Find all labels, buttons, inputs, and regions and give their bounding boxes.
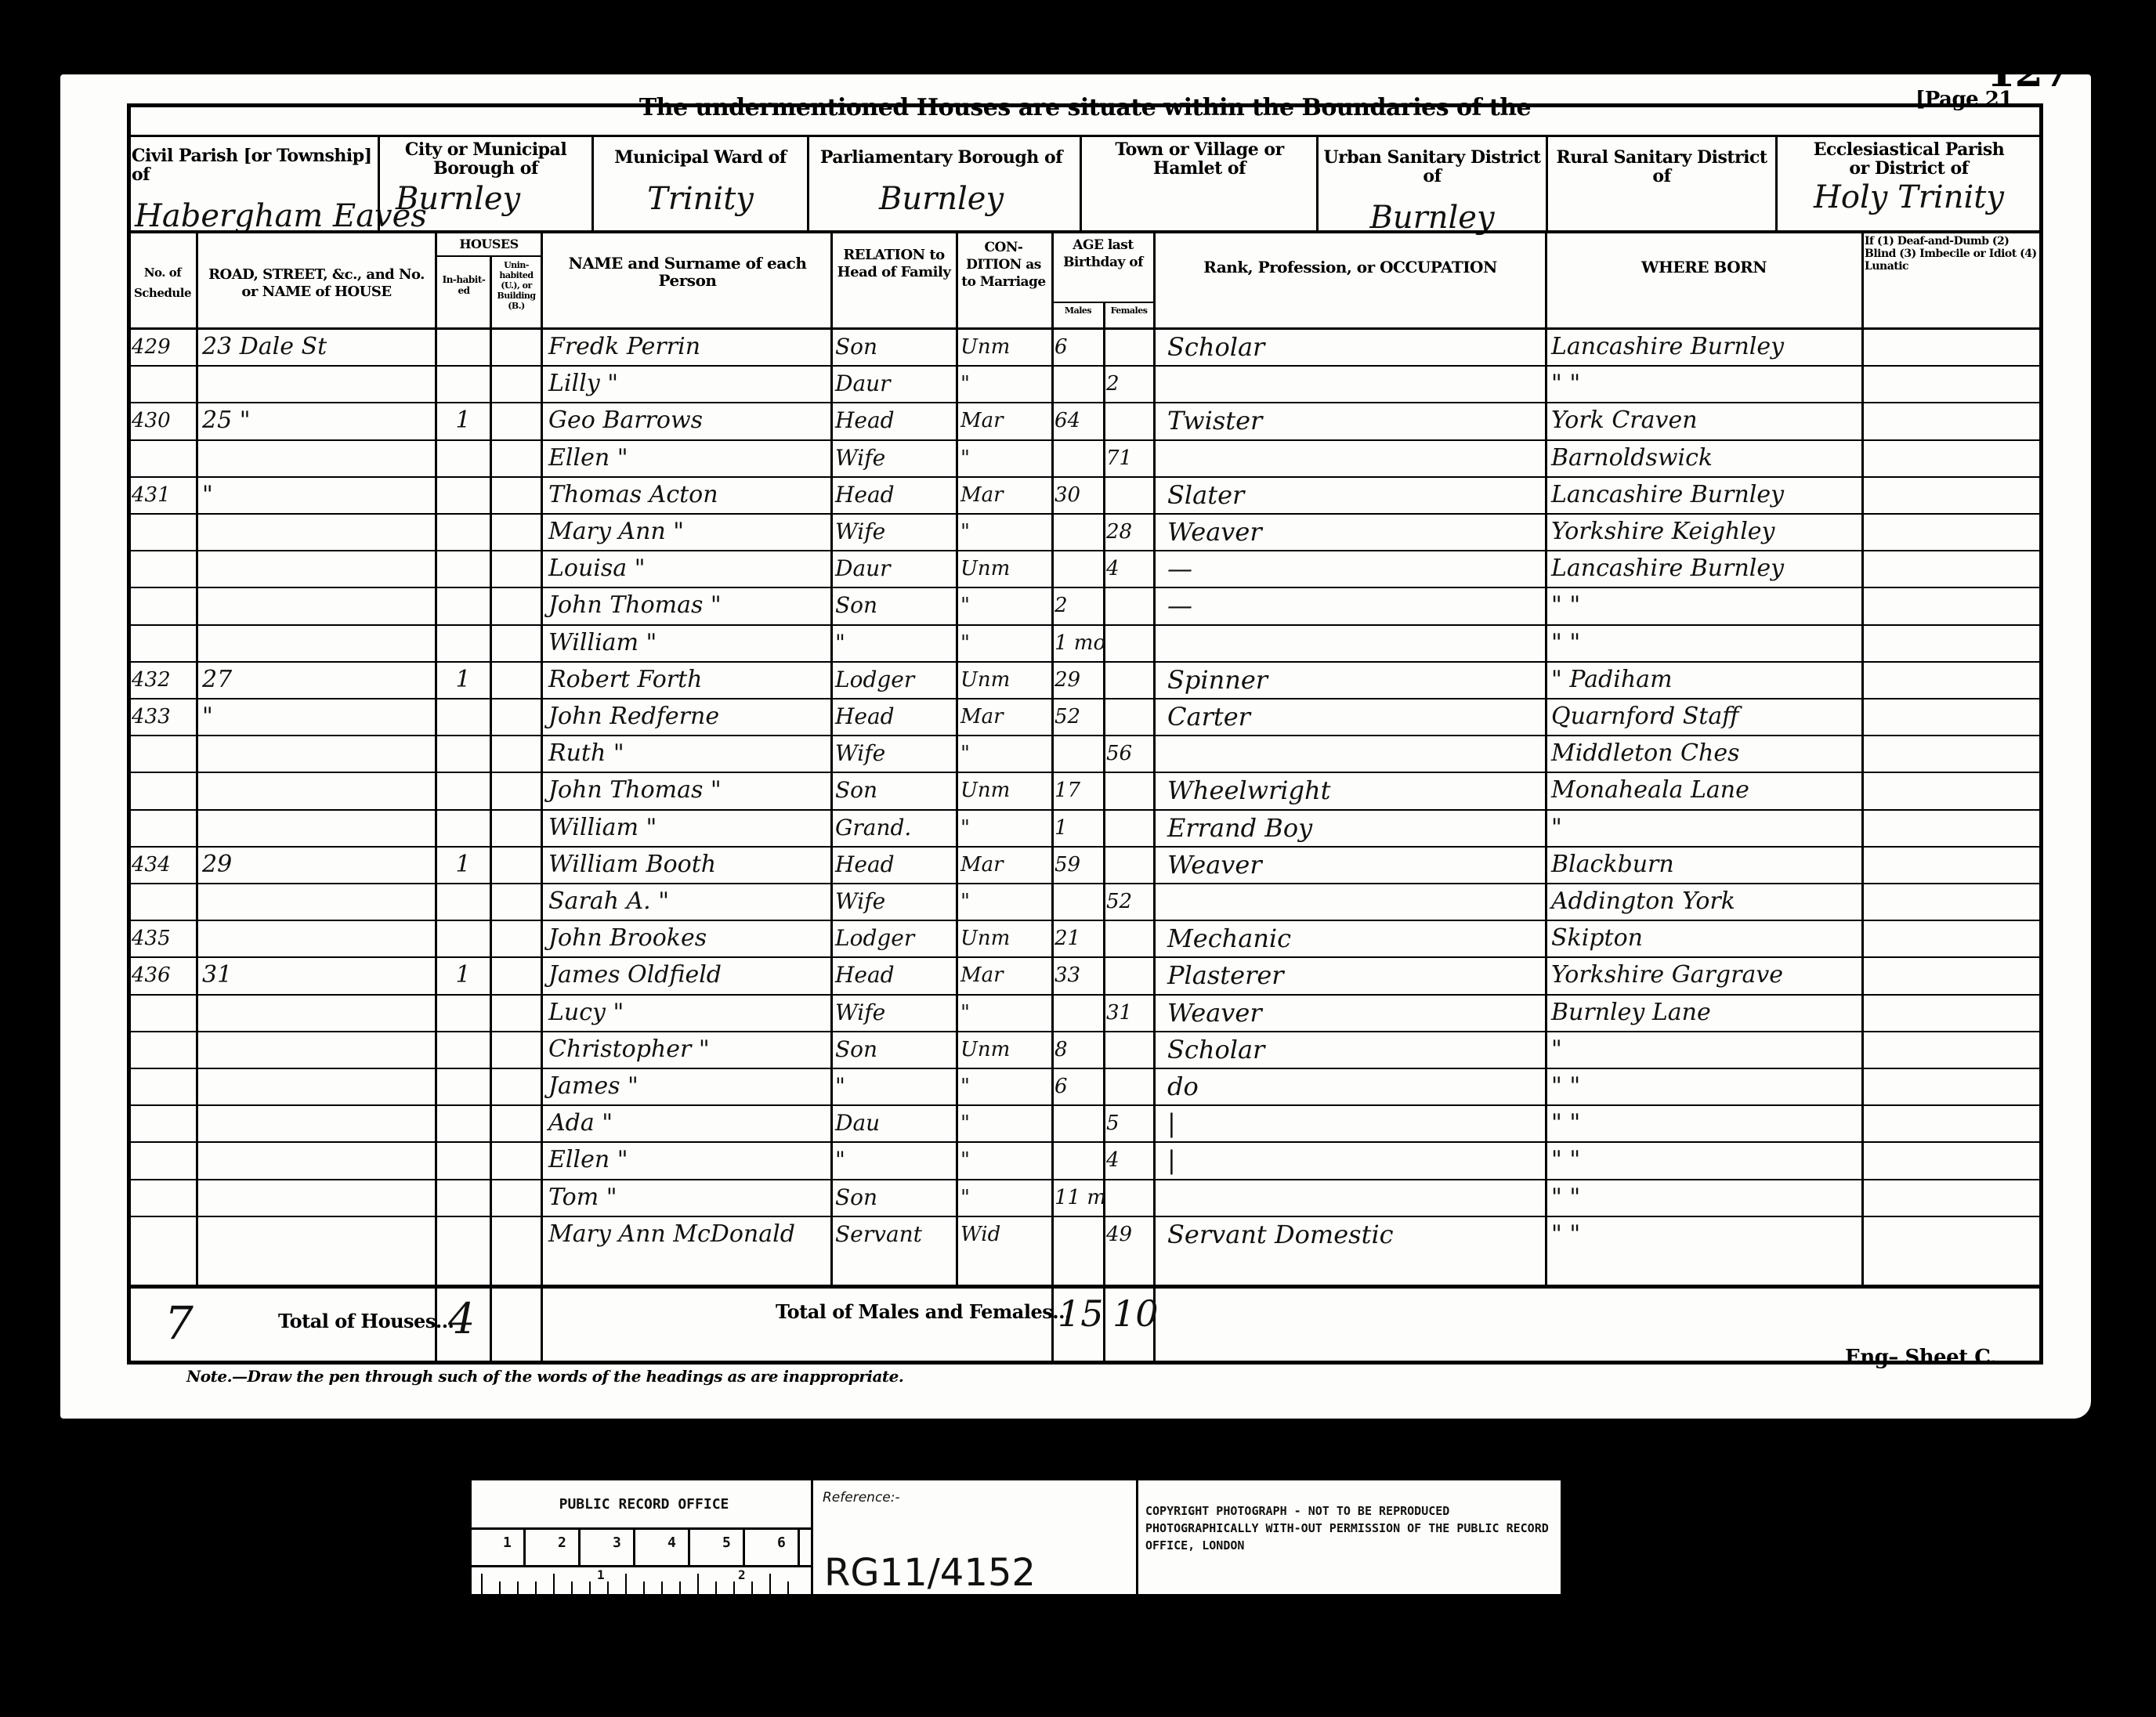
col-houses: HOUSES — [437, 237, 541, 251]
cell-male-age — [1054, 1105, 1102, 1141]
cell-male-age: 59 — [1054, 847, 1102, 883]
cell-occupation: Errand Boy — [1167, 810, 1543, 846]
cell-road — [202, 1216, 433, 1253]
col-females: Females — [1105, 305, 1153, 316]
cell-occupation: Spinner — [1167, 662, 1543, 698]
scale-mark: 1 — [597, 1567, 605, 1582]
cell-relation: Daur — [835, 551, 954, 587]
cell-relation: Lodger — [835, 920, 954, 956]
col-occupation: Rank, Profession, or OCCUPATION — [1156, 258, 1545, 276]
cell-where-born: " " — [1551, 1216, 1861, 1253]
scale-mark: 1 — [503, 1534, 512, 1551]
cell-male-age — [1054, 884, 1102, 920]
cell-where-born: " " — [1551, 366, 1861, 402]
cell-name: Ellen " — [548, 440, 829, 476]
cell-where-born: Yorkshire Gargrave — [1551, 957, 1861, 993]
cell-schedule — [132, 1105, 194, 1141]
cell-male-age — [1054, 440, 1102, 476]
cell-occupation: Weaver — [1167, 847, 1543, 883]
cell-road — [202, 587, 433, 624]
cell-road — [202, 995, 433, 1031]
cell-where-born: " " — [1551, 1068, 1861, 1104]
boundary-urban-sanitary: Urban Sanitary District of Burnley — [1319, 137, 1546, 231]
boundary-rural-sanitary: Rural Sanitary District of — [1548, 137, 1775, 231]
cell-name: William Booth — [548, 847, 829, 883]
cell-road — [202, 551, 433, 587]
cell-where-born: Skipton — [1551, 920, 1861, 956]
cell-condition: Wid — [960, 1216, 1050, 1253]
cell-schedule: 436 — [132, 957, 194, 993]
cell-schedule — [132, 995, 194, 1031]
cell-schedule — [132, 440, 194, 476]
cell-name: Lucy " — [548, 995, 829, 1031]
cell-condition: " — [960, 1142, 1050, 1178]
col-uninhabited: Unin-habited (U.), or Building (B.) — [492, 260, 541, 311]
cell-occupation: — — [1167, 551, 1543, 587]
cell-female-age — [1106, 1180, 1152, 1216]
col-name: NAME and Surname of each Person — [548, 255, 827, 289]
cell-female-age: 2 — [1106, 366, 1152, 402]
cell-occupation: Weaver — [1167, 514, 1543, 550]
cell-where-born: York Craven — [1551, 403, 1861, 439]
cell-schedule — [132, 1032, 194, 1068]
cell-road — [202, 1142, 433, 1178]
cell-schedule: 430 — [132, 403, 194, 439]
cell-male-age: 6 — [1054, 1068, 1102, 1104]
cell-road: " — [202, 477, 433, 513]
cell-relation: Son — [835, 587, 954, 624]
cell-occupation: | — [1167, 1105, 1543, 1141]
boundary-civil-parish: Civil Parish [or Township] of Habergham … — [127, 137, 378, 231]
cell-road — [202, 884, 433, 920]
cell-condition: Mar — [960, 699, 1050, 735]
cell-relation: Son — [835, 1180, 954, 1216]
cell-inhabited — [439, 995, 487, 1031]
cell-where-born: " — [1551, 1032, 1861, 1068]
cell-inhabited — [439, 1142, 487, 1178]
cell-condition: Mar — [960, 403, 1050, 439]
cell-where-born: " " — [1551, 587, 1861, 624]
cell-female-age: 31 — [1106, 995, 1152, 1031]
cell-male-age: 17 — [1054, 772, 1102, 808]
cell-occupation — [1167, 1180, 1543, 1216]
cell-inhabited: 1 — [439, 403, 487, 439]
cell-road: 23 Dale St — [202, 329, 433, 365]
col-inhabited: In-habit-ed — [437, 274, 490, 296]
cell-inhabited — [439, 366, 487, 402]
cell-where-born: Lancashire Burnley — [1551, 551, 1861, 587]
cell-name: Ada " — [548, 1105, 829, 1141]
cell-condition: " — [960, 625, 1050, 661]
cell-schedule — [132, 625, 194, 661]
cell-road — [202, 736, 433, 772]
cell-condition: Unm — [960, 772, 1050, 808]
cell-condition: " — [960, 884, 1050, 920]
cell-relation: Son — [835, 329, 954, 365]
cell-schedule: 434 — [132, 847, 194, 883]
cell-inhabited — [439, 1216, 487, 1253]
cell-name: William " — [548, 810, 829, 846]
cell-road: 31 — [202, 957, 433, 993]
cell-where-born: " Padiham — [1551, 662, 1861, 698]
cell-inhabited — [439, 625, 487, 661]
cell-relation: " — [835, 625, 954, 661]
cell-name: John Thomas " — [548, 772, 829, 808]
cell-name: Sarah A. " — [548, 884, 829, 920]
cell-where-born: " " — [1551, 1180, 1861, 1216]
cell-male-age: 33 — [1054, 957, 1102, 993]
cell-female-age: 5 — [1106, 1105, 1152, 1141]
cell-male-age — [1054, 551, 1102, 587]
cell-relation: Head — [835, 847, 954, 883]
cell-male-age: 1 — [1054, 810, 1102, 846]
cell-male-age: 6 — [1054, 329, 1102, 365]
cell-occupation: Weaver — [1167, 995, 1543, 1031]
col-where-born: WHERE BORN — [1547, 258, 1861, 276]
cell-condition: Mar — [960, 847, 1050, 883]
cell-road — [202, 920, 433, 956]
cell-schedule — [132, 736, 194, 772]
cell-condition: " — [960, 736, 1050, 772]
cell-relation: Head — [835, 477, 954, 513]
cell-female-age — [1106, 920, 1152, 956]
cell-female-age — [1106, 847, 1152, 883]
cell-inhabited — [439, 699, 487, 735]
cell-name: Tom " — [548, 1180, 829, 1216]
cell-inhabited — [439, 551, 487, 587]
cell-female-age — [1106, 957, 1152, 993]
cell-name: Mary Ann McDonald — [548, 1216, 829, 1253]
cell-road — [202, 440, 433, 476]
cell-where-born: " " — [1551, 625, 1861, 661]
cell-relation: Wife — [835, 995, 954, 1031]
cell-schedule: 431 — [132, 477, 194, 513]
footnote: Note.—Draw the pen through such of the w… — [186, 1367, 903, 1386]
cell-relation: Wife — [835, 514, 954, 550]
cell-relation: Head — [835, 403, 954, 439]
cell-inhabited: 1 — [439, 662, 487, 698]
cell-inhabited — [439, 477, 487, 513]
cell-inhabited — [439, 1180, 487, 1216]
cell-name: Ellen " — [548, 1142, 829, 1178]
cell-schedule — [132, 587, 194, 624]
cell-name: James Oldfield — [548, 957, 829, 993]
cell-name: John Redferne — [548, 699, 829, 735]
cell-condition: " — [960, 1105, 1050, 1141]
cell-condition: Unm — [960, 1032, 1050, 1068]
cell-female-age: 71 — [1106, 440, 1152, 476]
cell-male-age — [1054, 514, 1102, 550]
scale-mark: 3 — [613, 1534, 621, 1551]
cell-road — [202, 810, 433, 846]
scale-mark: 4 — [667, 1534, 676, 1551]
cell-inhabited: 1 — [439, 847, 487, 883]
pro-scale-inch: 12 — [472, 1567, 811, 1597]
cell-female-age — [1106, 477, 1152, 513]
cell-inhabited — [439, 1032, 487, 1068]
cell-occupation: Twister — [1167, 403, 1543, 439]
cell-condition: " — [960, 995, 1050, 1031]
cell-schedule — [132, 1068, 194, 1104]
cell-inhabited — [439, 514, 487, 550]
cell-road — [202, 1180, 433, 1216]
cell-relation: Wife — [835, 440, 954, 476]
cell-name: Robert Forth — [548, 662, 829, 698]
cell-condition: " — [960, 1180, 1050, 1216]
pro-label: PUBLIC RECORD OFFICE 123456 12 Reference… — [468, 1477, 1565, 1598]
cell-road — [202, 514, 433, 550]
total-males: 15 — [1058, 1292, 1104, 1335]
boundary-parliamentary-borough: Parliamentary Borough of Burnley — [809, 137, 1073, 231]
cell-schedule — [132, 884, 194, 920]
cell-name: John Brookes — [548, 920, 829, 956]
cell-relation: Dau — [835, 1105, 954, 1141]
cell-condition: " — [960, 366, 1050, 402]
cell-relation: Head — [835, 699, 954, 735]
cell-name: Ruth " — [548, 736, 829, 772]
col-relation: RELATION to Head of Family — [832, 247, 956, 281]
total-schedules: 7 — [165, 1296, 194, 1350]
cell-female-age — [1106, 403, 1152, 439]
cell-occupation — [1167, 366, 1543, 402]
cell-occupation: do — [1167, 1068, 1543, 1104]
sheet-label: Eng– Sheet C. — [1845, 1346, 1997, 1369]
col-infirmity: If (1) Deaf-and-Dumb (2) Blind (3) Imbec… — [1865, 235, 2038, 273]
cell-inhabited — [439, 920, 487, 956]
pro-office: PUBLIC RECORD OFFICE — [479, 1496, 808, 1513]
form-title: The undermentioned Houses are situate wi… — [127, 94, 2043, 121]
cell-road: 27 — [202, 662, 433, 698]
cell-occupation: — — [1167, 587, 1543, 624]
cell-road — [202, 366, 433, 402]
cell-condition: Mar — [960, 477, 1050, 513]
cell-inhabited — [439, 587, 487, 624]
cell-schedule: 429 — [132, 329, 194, 365]
cell-inhabited — [439, 329, 487, 365]
cell-road — [202, 625, 433, 661]
cell-condition: Mar — [960, 957, 1050, 993]
cell-female-age — [1106, 810, 1152, 846]
col-schedule: No. of Schedule — [129, 262, 196, 303]
cell-name: Thomas Acton — [548, 477, 829, 513]
cell-where-born: " " — [1551, 1142, 1861, 1178]
cell-inhabited — [439, 1105, 487, 1141]
cell-occupation: Scholar — [1167, 1032, 1543, 1068]
cell-male-age: 29 — [1054, 662, 1102, 698]
col-age: AGE last Birthday of — [1053, 237, 1153, 271]
cell-schedule — [132, 1180, 194, 1216]
cell-name: James " — [548, 1068, 829, 1104]
cell-name: Mary Ann " — [548, 514, 829, 550]
col-road: ROAD, STREET, &c., and No. or NAME of HO… — [198, 266, 435, 301]
cell-condition: " — [960, 1068, 1050, 1104]
cell-male-age: 1 mo — [1054, 625, 1102, 661]
cell-road — [202, 1032, 433, 1068]
cell-relation: Son — [835, 772, 954, 808]
cell-male-age — [1054, 1216, 1102, 1253]
cell-schedule — [132, 1142, 194, 1178]
cell-schedule: 433 — [132, 699, 194, 735]
scale-mark: 6 — [777, 1534, 786, 1551]
cell-schedule — [132, 772, 194, 808]
cell-where-born: Blackburn — [1551, 847, 1861, 883]
scale-mark: 5 — [722, 1534, 731, 1551]
cell-female-age — [1106, 625, 1152, 661]
cell-occupation: Slater — [1167, 477, 1543, 513]
cell-name: Christopher " — [548, 1032, 829, 1068]
cell-condition: " — [960, 440, 1050, 476]
cell-condition: " — [960, 587, 1050, 624]
cell-condition: Unm — [960, 329, 1050, 365]
cell-female-age — [1106, 699, 1152, 735]
total-houses: 4 — [448, 1294, 475, 1343]
cell-female-age — [1106, 587, 1152, 624]
cell-relation: Son — [835, 1032, 954, 1068]
cell-road: " — [202, 699, 433, 735]
pro-reference: RG11/4152 — [824, 1551, 1036, 1595]
cell-name: John Thomas " — [548, 587, 829, 624]
cell-female-age: 56 — [1106, 736, 1152, 772]
cell-road — [202, 1105, 433, 1141]
cell-name: Geo Barrows — [548, 403, 829, 439]
cell-road — [202, 1068, 433, 1104]
cell-male-age — [1054, 1142, 1102, 1178]
cell-road — [202, 772, 433, 808]
cell-schedule — [132, 810, 194, 846]
cell-occupation — [1167, 440, 1543, 476]
cell-male-age: 8 — [1054, 1032, 1102, 1068]
cell-condition: Unm — [960, 662, 1050, 698]
cell-where-born: Barnoldswick — [1551, 440, 1861, 476]
cell-occupation: Scholar — [1167, 329, 1543, 365]
boundary-ecclesiastical-parish: Ecclesiastical Parish or District of Hol… — [1778, 137, 2040, 231]
cell-occupation: | — [1167, 1142, 1543, 1178]
pro-reference-label: Reference:- — [823, 1490, 900, 1506]
cell-where-born: Yorkshire Keighley — [1551, 514, 1861, 550]
cell-occupation — [1167, 625, 1543, 661]
cell-schedule — [132, 514, 194, 550]
cell-female-age: 4 — [1106, 1142, 1152, 1178]
cell-female-age: 52 — [1106, 884, 1152, 920]
total-persons-label: Total of Males and Females... — [776, 1300, 1071, 1323]
boundary-municipal-borough: City or Municipal Borough of Burnley — [380, 137, 591, 231]
cell-inhabited: 1 — [439, 957, 487, 993]
cell-relation: " — [835, 1142, 954, 1178]
cell-female-age: 49 — [1106, 1216, 1152, 1253]
cell-male-age: 52 — [1054, 699, 1102, 735]
cell-occupation: Carter — [1167, 699, 1543, 735]
cell-inhabited — [439, 884, 487, 920]
cell-where-born: " " — [1551, 1105, 1861, 1141]
cell-relation: Head — [835, 957, 954, 993]
total-houses-label: Total of Houses... — [278, 1310, 454, 1332]
cell-condition: Unm — [960, 920, 1050, 956]
cell-where-born: Quarnford Staff — [1551, 699, 1861, 735]
cell-where-born: Burnley Lane — [1551, 995, 1861, 1031]
scale-mark: 2 — [738, 1567, 746, 1582]
cell-name: William " — [548, 625, 829, 661]
cell-name: Lilly " — [548, 366, 829, 402]
cell-where-born: Addington York — [1551, 884, 1861, 920]
cell-relation: Wife — [835, 736, 954, 772]
cell-where-born: Lancashire Burnley — [1551, 329, 1861, 365]
scale-mark: 2 — [558, 1534, 566, 1551]
cell-where-born: Lancashire Burnley — [1551, 477, 1861, 513]
cell-male-age — [1054, 366, 1102, 402]
cell-inhabited — [439, 440, 487, 476]
cell-female-age — [1106, 329, 1152, 365]
col-males: Males — [1053, 305, 1103, 316]
cell-relation: Grand. — [835, 810, 954, 846]
cell-female-age — [1106, 1032, 1152, 1068]
cell-schedule — [132, 366, 194, 402]
cell-male-age: 64 — [1054, 403, 1102, 439]
cell-relation: Servant — [835, 1216, 954, 1253]
cell-male-age: 2 — [1054, 587, 1102, 624]
cell-occupation: Plasterer — [1167, 957, 1543, 993]
total-females: 10 — [1112, 1292, 1159, 1335]
cell-condition: " — [960, 514, 1050, 550]
cell-female-age — [1106, 662, 1152, 698]
cell-schedule — [132, 1216, 194, 1253]
cell-where-born: Middleton Ches — [1551, 736, 1861, 772]
cell-road: 25 " — [202, 403, 433, 439]
cell-occupation — [1167, 884, 1543, 920]
cell-condition: Unm — [960, 551, 1050, 587]
cell-inhabited — [439, 772, 487, 808]
cell-occupation: Wheelwright — [1167, 772, 1543, 808]
cell-occupation: Servant Domestic — [1167, 1216, 1543, 1253]
col-condition: CON-DITION as to Marriage — [957, 239, 1050, 291]
cell-female-age: 28 — [1106, 514, 1152, 550]
boundary-municipal-ward: Municipal Ward of Trinity — [594, 137, 807, 231]
pro-copyright: COPYRIGHT PHOTOGRAPH - NOT TO BE REPRODU… — [1145, 1502, 1553, 1554]
cell-schedule: 435 — [132, 920, 194, 956]
cell-inhabited — [439, 1068, 487, 1104]
cell-male-age — [1054, 995, 1102, 1031]
cell-female-age — [1106, 1068, 1152, 1104]
cell-relation: " — [835, 1068, 954, 1104]
cell-male-age: 11 m — [1054, 1180, 1102, 1216]
cell-schedule — [132, 551, 194, 587]
cell-male-age: 21 — [1054, 920, 1102, 956]
cell-occupation: Mechanic — [1167, 920, 1543, 956]
cell-inhabited — [439, 810, 487, 846]
cell-road: 29 — [202, 847, 433, 883]
cell-male-age: 30 — [1054, 477, 1102, 513]
cell-female-age: 4 — [1106, 551, 1152, 587]
cell-schedule: 432 — [132, 662, 194, 698]
boundary-town-village: Town or Village or Hamlet of — [1082, 137, 1317, 231]
cell-where-born: Monaheala Lane — [1551, 772, 1861, 808]
cell-male-age — [1054, 736, 1102, 772]
cell-condition: " — [960, 810, 1050, 846]
cell-female-age — [1106, 772, 1152, 808]
pro-scale-cm: 123456 — [472, 1530, 811, 1565]
cell-where-born: " — [1551, 810, 1861, 846]
cell-occupation — [1167, 736, 1543, 772]
cell-name: Louisa " — [548, 551, 829, 587]
cell-relation: Daur — [835, 366, 954, 402]
cell-relation: Wife — [835, 884, 954, 920]
cell-inhabited — [439, 736, 487, 772]
cell-name: Fredk Perrin — [548, 329, 829, 365]
cell-relation: Lodger — [835, 662, 954, 698]
